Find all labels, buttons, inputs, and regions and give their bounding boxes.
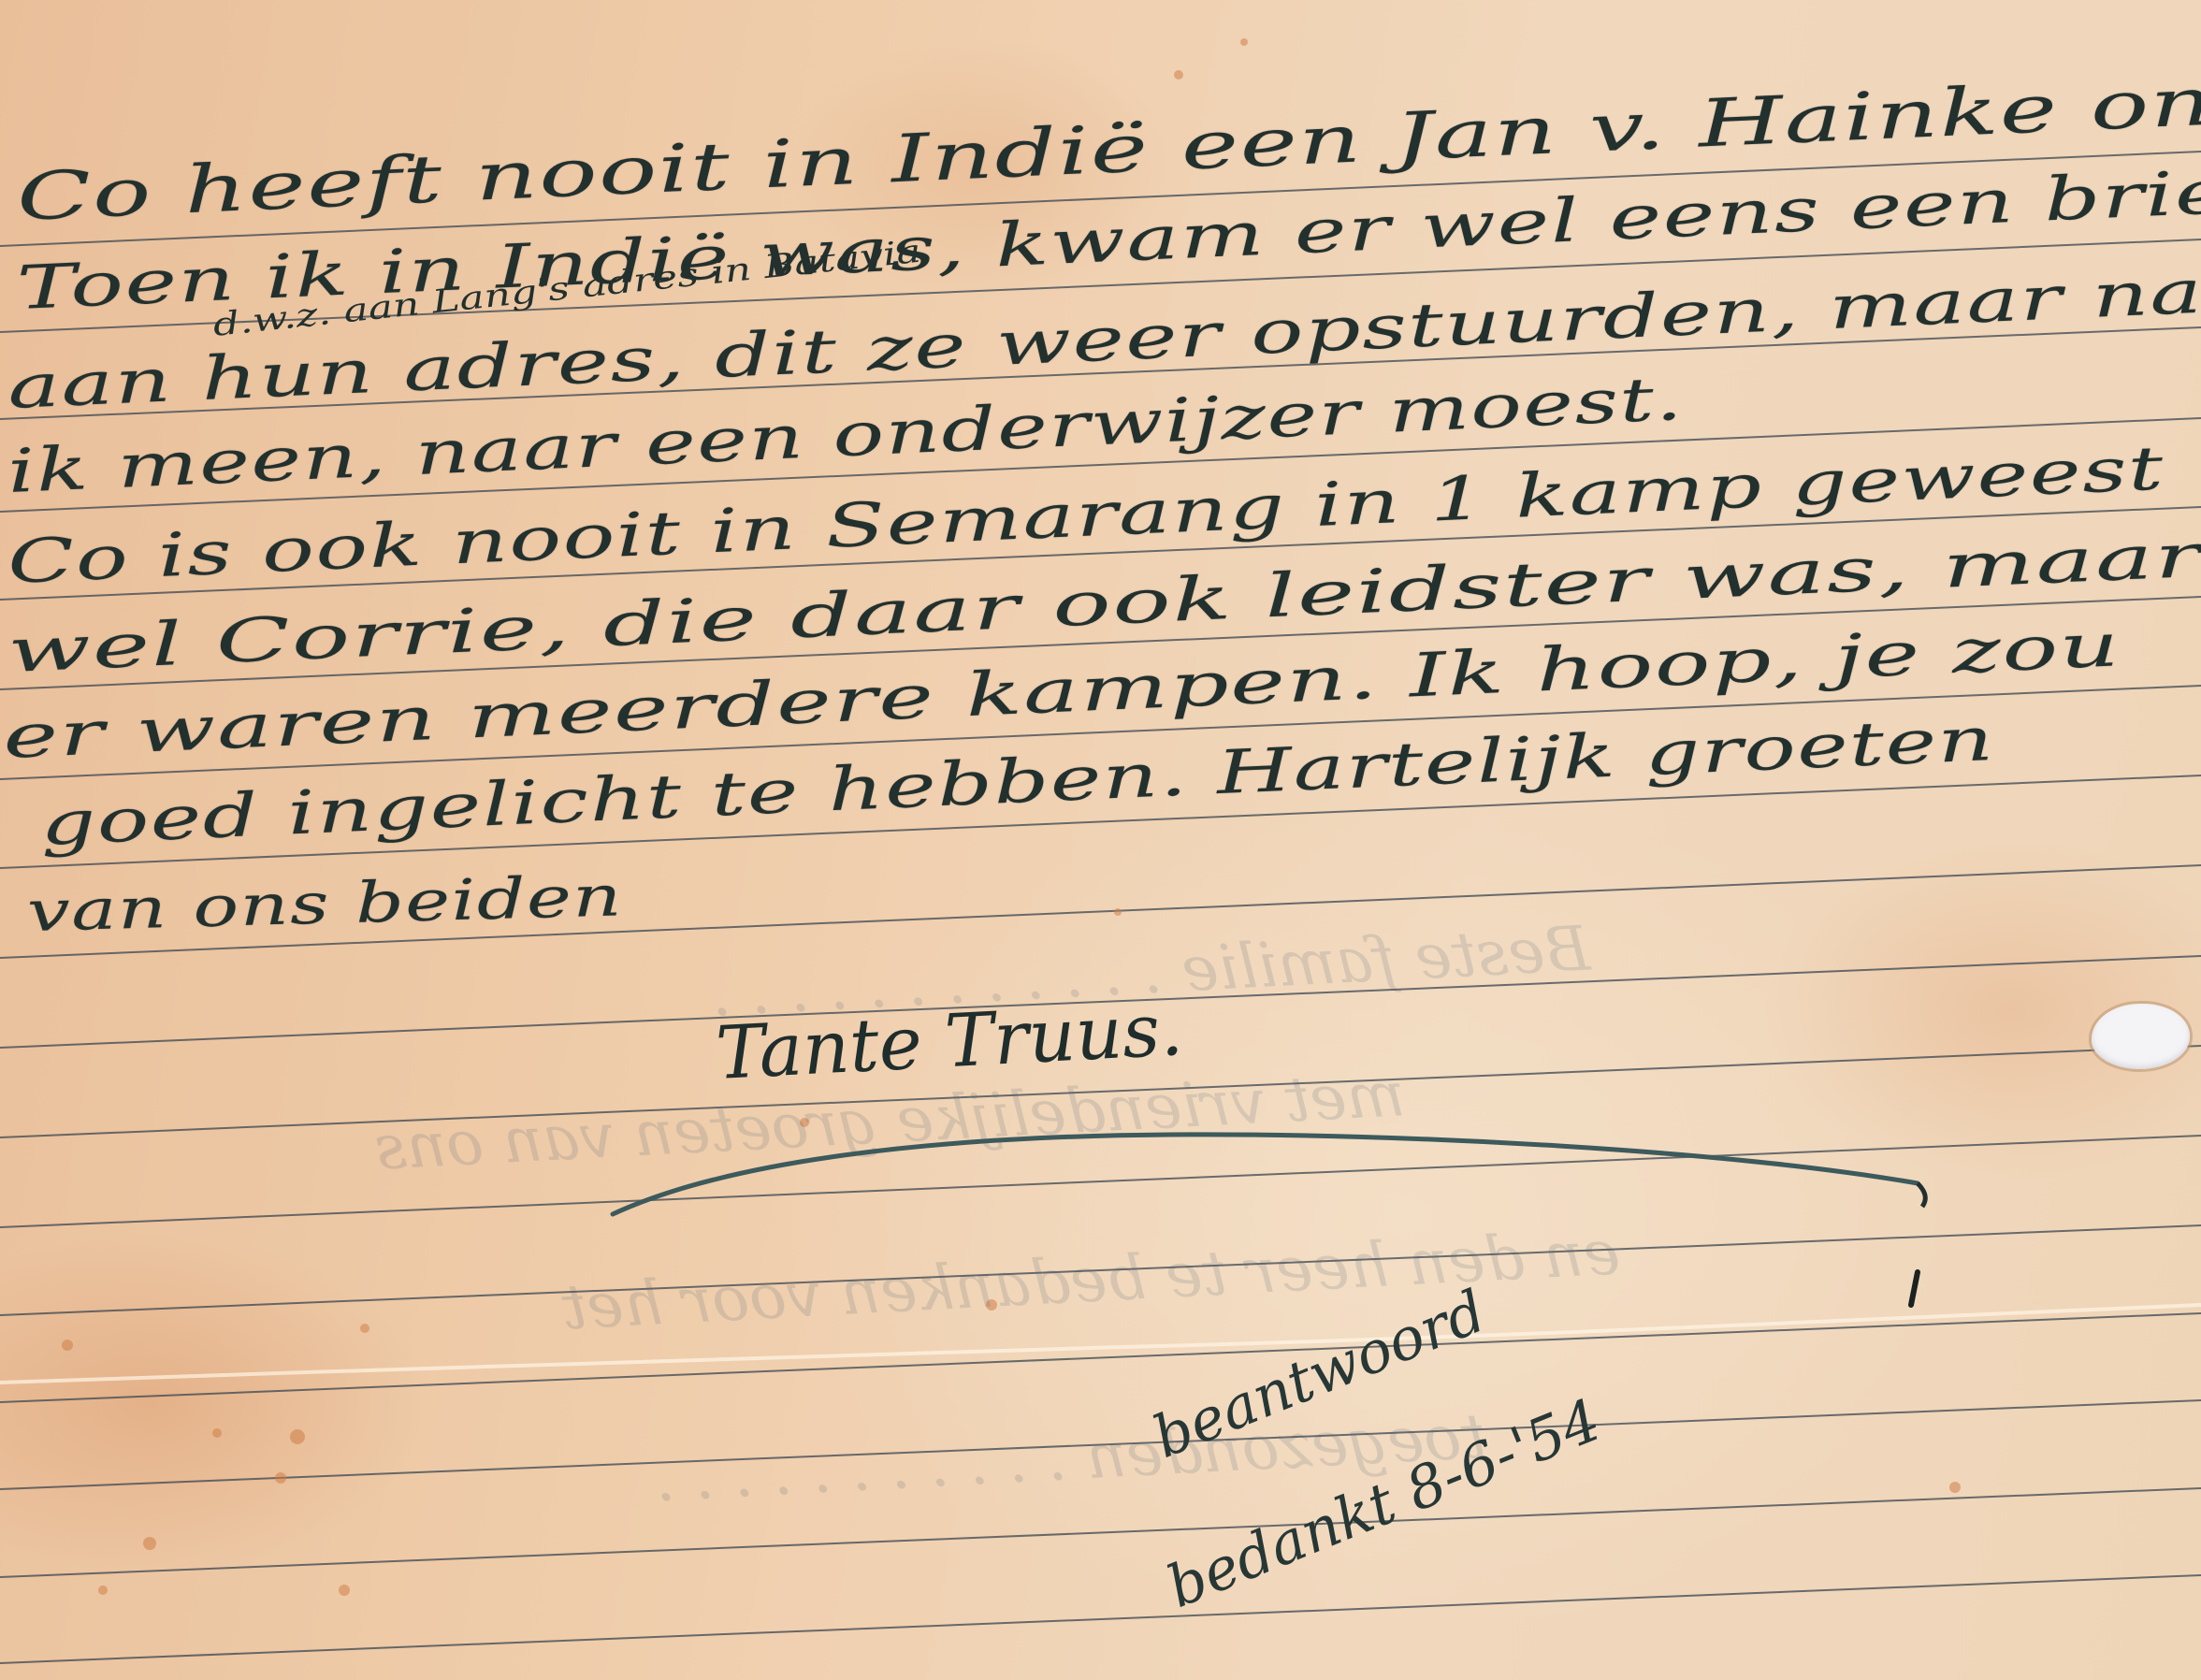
letter-line-9: van ons beiden — [26, 863, 623, 945]
punch-hole — [2092, 1004, 2190, 1069]
letter-page: Beste familie . . . . . . . . . . . . me… — [0, 0, 2201, 1680]
